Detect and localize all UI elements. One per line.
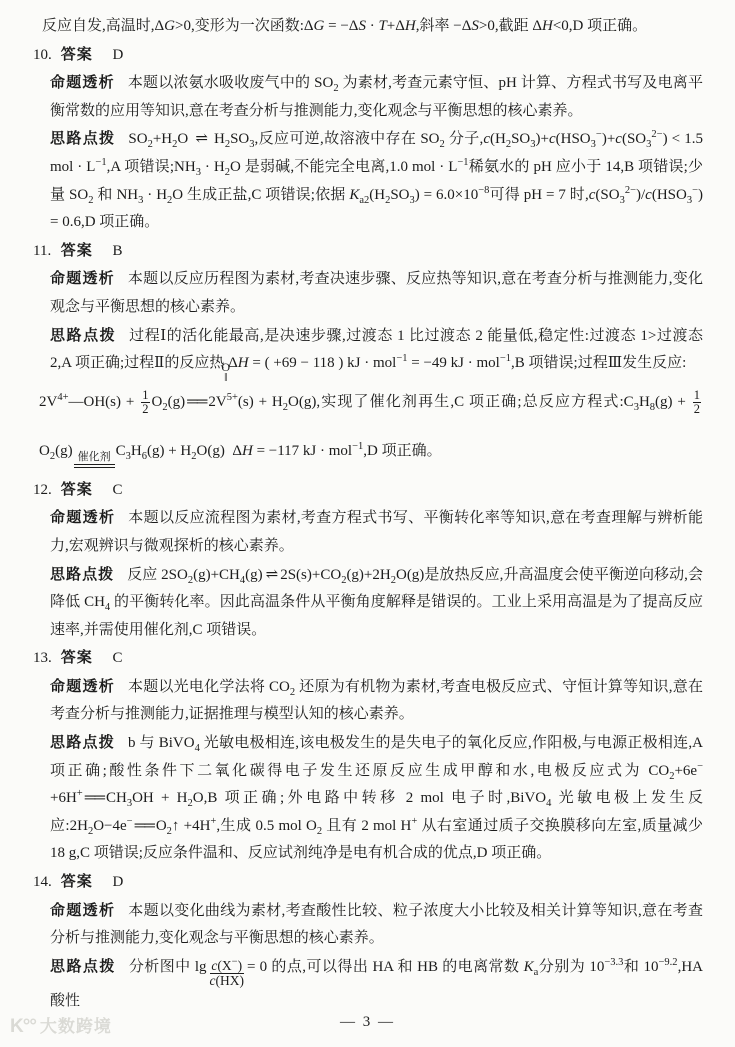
analysis-paragraph: 思路点拨过程Ⅰ的活化能最高,是决速步骤,过渡态 1 比过渡态 2 能量低,稳定性…: [50, 322, 703, 378]
paragraph-label: 命题透析: [50, 270, 115, 287]
question-12: 12. 答案 C 命题透析本题以反应流程图为素材,考查方程式书写、平衡转化率等知…: [33, 476, 703, 645]
question-12-answer-line: 12. 答案 C: [33, 476, 703, 505]
paragraph-text: SO2+H2O ⇌ H2SO3,反应可逆,故溶液中存在 SO2 分子,c(H2S…: [50, 131, 703, 230]
analysis-paragraph: 思路点拨SO2+H2O ⇌ H2SO3,反应可逆,故溶液中存在 SO2 分子,c…: [50, 125, 703, 236]
question-11: 11. 答案 B 命题透析本题以反应历程图为素材,考查决速步骤、反应热等知识,意…: [33, 237, 703, 476]
answer-letter: D: [113, 47, 124, 63]
question-number: 11.: [33, 238, 57, 266]
question-number: 10.: [33, 42, 57, 70]
answer-letter: C: [113, 482, 123, 498]
commentary-paragraph: 命题透析本题以浓氨水吸收废气中的 SO2 为素材,考查元素守恒、pH 计算、方程…: [50, 69, 703, 125]
question-10: 10. 答案 D 命题透析本题以浓氨水吸收废气中的 SO2 为素材,考查元素守恒…: [33, 41, 703, 237]
analysis-paragraph: 思路点拨分析图中 lgc(X−)c(HX)= 0 的点,可以得出 HA 和 HB…: [50, 953, 703, 1016]
paragraph-label: 思路点拨: [50, 958, 116, 975]
answer-label: 答案: [61, 46, 93, 63]
question-14: 14. 答案 D 命题透析本题以变化曲线为素材,考查酸性比较、粒子浓度大小比较及…: [33, 868, 703, 1016]
paragraph-label: 命题透析: [50, 678, 115, 695]
paragraph-text: 反应 2SO2(g)+CH4(g)⇌2S(s)+CO2(g)+2H2O(g)是放…: [50, 567, 703, 638]
continuation-paragraph: 反应自发,高温时,ΔG>0,变形为一次函数:ΔG = −ΔS · T+ΔH,斜率…: [33, 13, 703, 41]
paragraph-text: 本题以反应流程图为素材,考查方程式书写、平衡转化率等知识,意在考查理解与辨析能力…: [50, 510, 703, 554]
question-number: 14.: [33, 869, 57, 897]
paragraph-text: 分析图中 lgc(X−)c(HX)= 0 的点,可以得出 HA 和 HB 的电离…: [50, 959, 703, 1009]
answer-letter: B: [113, 243, 123, 259]
paragraph-text: 本题以浓氨水吸收废气中的 SO2 为素材,考查元素守恒、pH 计算、方程式书写及…: [50, 75, 703, 119]
question-13: 13. 答案 C 命题透析本题以光电化学法将 CO2 还原为有机物为素材,考查电…: [33, 644, 703, 868]
paragraph-text: b 与 BiVO4 光敏电极相连,该电极发生的是失电子的氧化反应,作阳极,与电源…: [50, 735, 703, 861]
watermark-logo-icon: K°°: [10, 1016, 36, 1037]
commentary-paragraph: 命题透析本题以反应历程图为素材,考查决速步骤、反应热等知识,意在考查分析与推测能…: [50, 265, 703, 321]
paragraph-label: 思路点拨: [50, 327, 116, 344]
answer-label: 答案: [61, 481, 93, 498]
commentary-paragraph: 命题透析本题以反应流程图为素材,考查方程式书写、平衡转化率等知识,意在考查理解与…: [50, 504, 703, 560]
watermark: K°°大数跨境: [10, 1013, 112, 1041]
answer-label: 答案: [61, 649, 93, 666]
answer-letter: D: [113, 874, 124, 890]
paragraph-text: 过程Ⅰ的活化能最高,是决速步骤,过渡态 1 比过渡态 2 能量低,稳定性:过渡态…: [50, 328, 703, 372]
question-11-answer-line: 11. 答案 B: [33, 237, 703, 266]
answer-label: 答案: [61, 873, 93, 890]
paragraph-label: 命题透析: [50, 74, 115, 91]
paragraph-label: 思路点拨: [50, 734, 115, 751]
question-13-answer-line: 13. 答案 C: [33, 644, 703, 673]
chemical-equation-block: 2V4+—OH(s) + 12O2(g)══2O‖V5+(s) + H2O(g)…: [39, 378, 703, 476]
answer-key-page: 反应自发,高温时,ΔG>0,变形为一次函数:ΔG = −ΔS · T+ΔH,斜率…: [0, 0, 735, 1047]
analysis-paragraph: 思路点拨b 与 BiVO4 光敏电极相连,该电极发生的是失电子的氧化反应,作阳极…: [50, 729, 703, 868]
answer-label: 答案: [61, 242, 93, 259]
paragraph-text: 本题以变化曲线为素材,考查酸性比较、粒子浓度大小比较及相关计算等知识,意在考查分…: [50, 903, 703, 947]
question-number: 13.: [33, 645, 57, 673]
paragraph-text: 本题以反应历程图为素材,考查决速步骤、反应热等知识,意在考查分析与推测能力,变化…: [50, 271, 703, 315]
question-number: 12.: [33, 477, 57, 505]
paragraph-label: 命题透析: [50, 509, 115, 526]
question-10-answer-line: 10. 答案 D: [33, 41, 703, 70]
commentary-paragraph: 命题透析本题以变化曲线为素材,考查酸性比较、粒子浓度大小比较及相关计算等知识,意…: [50, 897, 703, 953]
paragraph-label: 思路点拨: [50, 566, 114, 583]
paragraph-text: 本题以光电化学法将 CO2 还原为有机物为素材,考查电极反应式、守恒计算等知识,…: [50, 679, 703, 723]
paragraph-label: 思路点拨: [50, 130, 115, 147]
paragraph-label: 命题透析: [50, 902, 115, 919]
question-14-answer-line: 14. 答案 D: [33, 868, 703, 897]
analysis-paragraph: 思路点拨反应 2SO2(g)+CH4(g)⇌2S(s)+CO2(g)+2H2O(…: [50, 561, 703, 645]
watermark-text: 大数跨境: [40, 1017, 112, 1036]
commentary-paragraph: 命题透析本题以光电化学法将 CO2 还原为有机物为素材,考查电极反应式、守恒计算…: [50, 673, 703, 729]
answer-letter: C: [113, 650, 123, 666]
